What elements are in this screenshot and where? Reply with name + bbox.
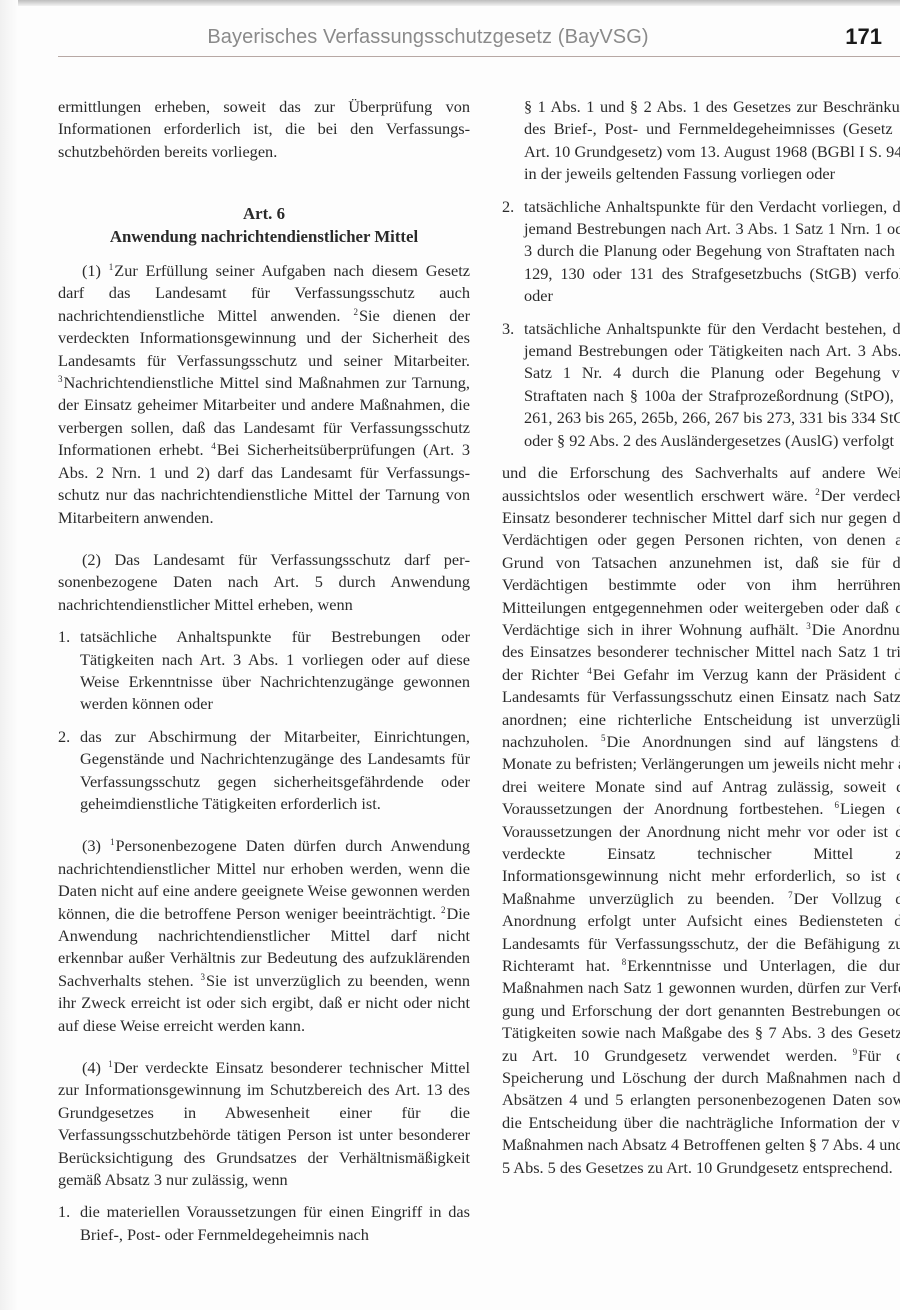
sentence-number: 4: [587, 666, 592, 676]
list-item: 1. die materiellen Voraussetzungen für e…: [58, 1201, 470, 1246]
header-rule: [58, 56, 900, 57]
list-item-continuation: § 1 Abs. 1 und § 2 Abs. 1 des Gesetzes z…: [502, 96, 900, 186]
sentence: Der ver­deckte Einsatz besonderer techni…: [502, 486, 900, 639]
page-number: 171: [845, 24, 882, 50]
sentence-number: 8: [622, 957, 627, 967]
list-text: die materiellen Voraussetzungen für eine…: [80, 1202, 470, 1243]
sentence-number: 2: [815, 487, 820, 497]
list-text: tatsächliche Anhaltspunkte für Bestrebun…: [80, 627, 470, 713]
paragraph-label: (4): [82, 1058, 101, 1077]
sentence-number: 3: [806, 621, 811, 631]
list-text: tatsächliche Anhaltspunkte für den Verda…: [524, 319, 900, 450]
left-column: ermittlungen erheben, soweit das zur Übe…: [58, 96, 470, 1246]
sentence-number: 5: [601, 733, 606, 743]
paragraph-3: (3) 1Personenbezogene Daten dürfen durch…: [58, 835, 470, 1037]
article-heading: Art. 6 Anwendung nachrichtendienstlicher…: [58, 203, 470, 248]
list-text: das zur Abschirmung der Mitarbeiter, Ein…: [80, 727, 470, 813]
list-item: 2. tatsächliche Anhaltspunkte für den Ve…: [502, 196, 900, 308]
sentence: Für die Speicherung und Löschung der dur…: [502, 1046, 900, 1177]
sentence-number: 4: [211, 441, 216, 451]
sentence-number: 9: [853, 1047, 858, 1057]
page-top-shadow: [0, 0, 900, 6]
sentence-number: 1: [109, 262, 114, 272]
right-column: § 1 Abs. 1 und § 2 Abs. 1 des Gesetzes z…: [502, 96, 900, 1179]
list-number: 2.: [58, 726, 70, 748]
running-header: Bayerisches Verfassungsschutzgesetz (Bay…: [58, 22, 900, 56]
list-item: 1. tatsächliche Anhaltspunkte für Bestre…: [58, 626, 470, 716]
running-title: Bayerisches Verfassungsschutzgesetz (Bay…: [58, 26, 798, 49]
sentence-number: 2: [353, 307, 358, 317]
sentence-number: 6: [834, 800, 839, 810]
list-item: 3. tatsächliche Anhaltspunkte für den Ve…: [502, 318, 900, 452]
list-number: 1.: [58, 1201, 70, 1223]
list-number: 3.: [502, 318, 514, 340]
sentence: Der verdeckte Einsatz besonderer technis…: [58, 1058, 470, 1189]
paragraph-1: (1) 1Zur Erfüllung seiner Aufgaben nach …: [58, 260, 470, 529]
continuation-text: ermittlungen erheben, soweit das zur Übe…: [58, 96, 470, 163]
list-number: 1.: [58, 626, 70, 648]
sentence-number: 2: [441, 905, 446, 915]
paragraph-2-intro: (2) Das Landesamt für Verfassungsschutz …: [58, 549, 470, 616]
sentence-number: 3: [58, 374, 63, 384]
sentence-number: 7: [788, 890, 793, 900]
article-number: Art. 6: [58, 203, 470, 225]
paragraph-4-continuation: und die Erforschung des Sachverhalts auf…: [502, 462, 900, 1179]
sentence-number: 1: [110, 837, 115, 847]
paragraph-label: (1): [82, 261, 101, 280]
article-title: Anwendung nachrichtendienstlicher Mittel: [58, 226, 470, 248]
sentence-number: 3: [200, 972, 205, 982]
paragraph-label: (3): [82, 836, 101, 855]
page-gutter-shadow: [0, 0, 18, 1310]
sentence-number: 1: [108, 1059, 113, 1069]
sentence: Personenbezogene Daten dürfen durch Anwe…: [58, 836, 470, 922]
list-text: tatsächliche Anhaltspunkte für den Verda…: [524, 197, 900, 306]
list-number: 2.: [502, 196, 514, 218]
paragraph-4: (4) 1Der verdeckte Einsatz besonderer te…: [58, 1057, 470, 1191]
list-item: 2. das zur Abschirmung der Mitarbeiter, …: [58, 726, 470, 816]
